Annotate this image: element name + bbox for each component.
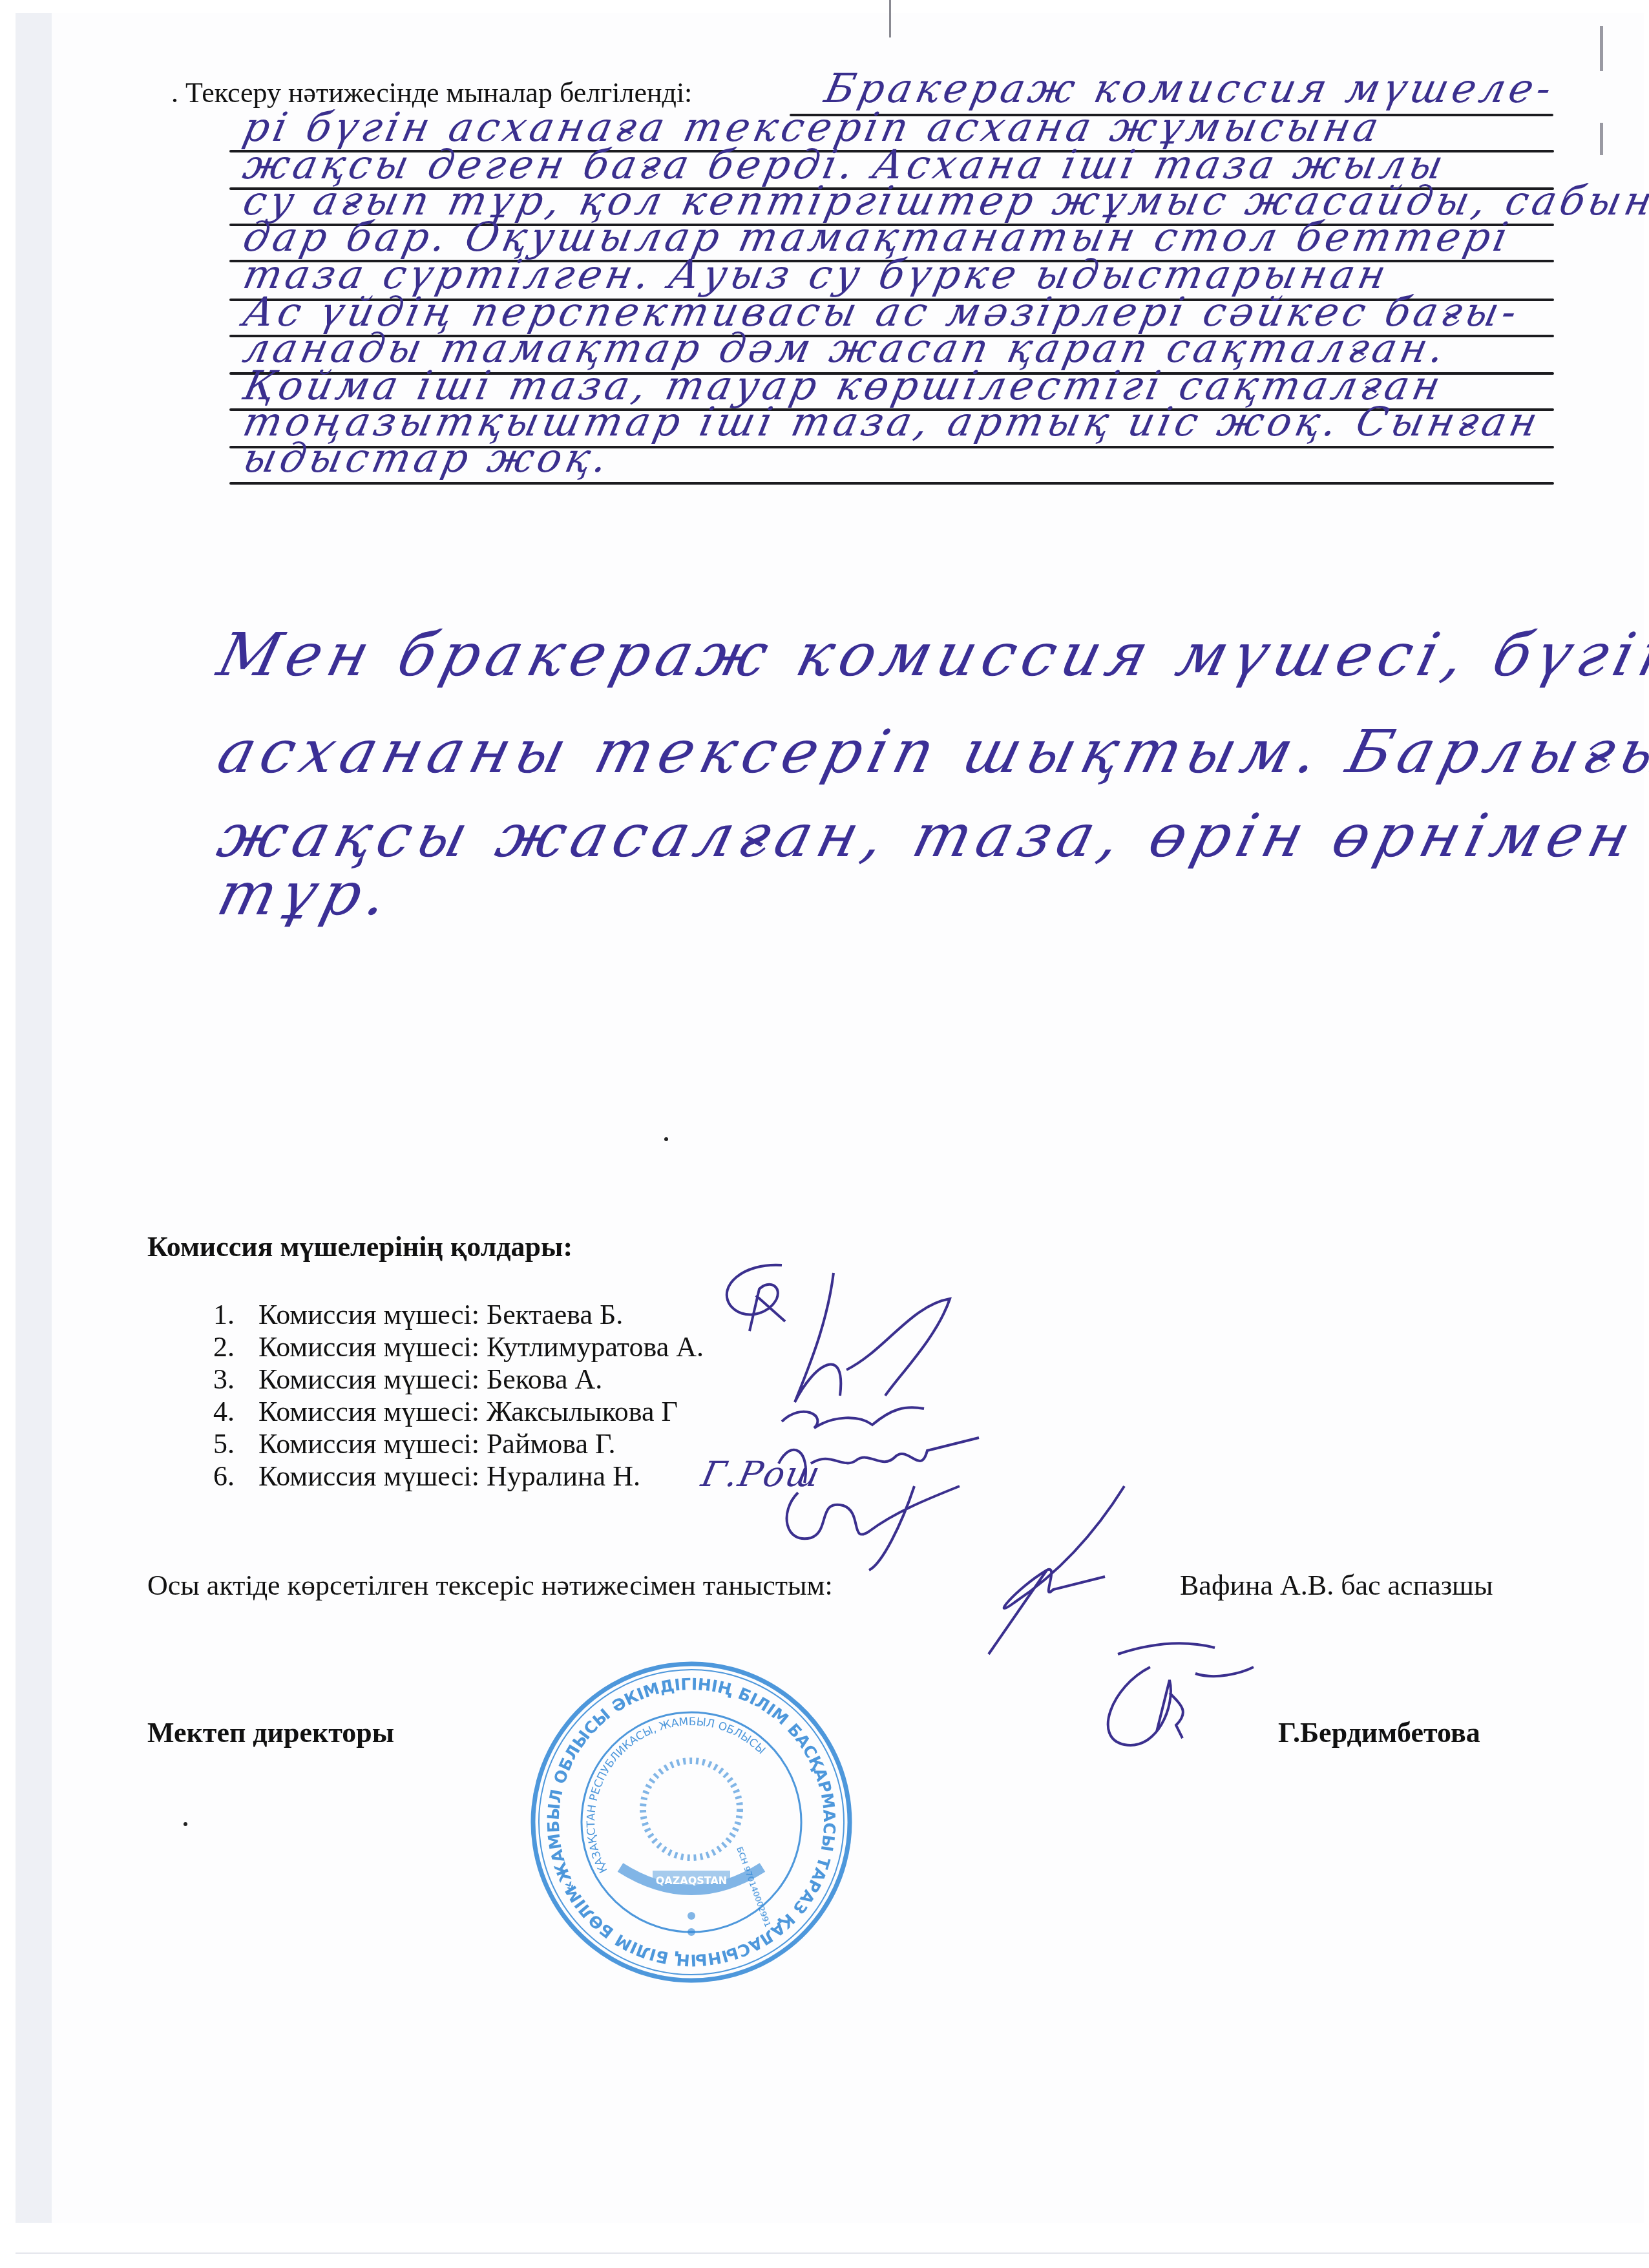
ink-dot	[664, 1137, 668, 1141]
member-label: Комиссия мүшесі: Жаксылыкова Г	[258, 1396, 678, 1428]
page-bottom-edge	[16, 2252, 1649, 2254]
findings-line: ыдыстар жоқ.	[239, 434, 616, 481]
member-label: Комиссия мүшесі: Бекова А.	[258, 1363, 602, 1396]
stamp-emblem-label: QAZAQSTAN	[656, 1874, 728, 1887]
signature-nuralina	[772, 1473, 966, 1580]
member-item: 5.Комиссия мүшесі: Раймова Г.	[213, 1428, 704, 1460]
member-item: 6.Комиссия мүшесі: Нуралина Н.	[213, 1460, 704, 1493]
fold-mark	[889, 0, 891, 37]
member-item: 1.Комиссия мүшесі: Бектаева Б.	[213, 1299, 704, 1331]
svg-text:«ЖАМБЫЛ ОБЛЫСЫ ӘКІМДІГІНІҢ БІЛ: «ЖАМБЫЛ ОБЛЫСЫ ӘКІМДІГІНІҢ БІЛІМ БАСҚАРМ…	[523, 1654, 859, 1990]
director-name: Г.Бердимбетова	[1278, 1719, 1480, 1747]
stamp-bin: БСН 970140002991	[734, 1845, 772, 1928]
member-label: Комиссия мүшесі: Нуралина Н.	[258, 1460, 640, 1493]
stamp-outer-text: «ЖАМБЫЛ ОБЛЫСЫ ӘКІМДІГІНІҢ БІЛІМ БАСҚАРМ…	[523, 1654, 859, 1990]
signature-director	[1086, 1628, 1254, 1761]
director-label: Мектеп директоры	[147, 1719, 394, 1747]
handwritten-note-line: тұр.	[211, 859, 402, 929]
ink-dot	[184, 1822, 187, 1826]
acknowledgement-text: Осы актіде көрсетілген тексеріс нәтижесі…	[147, 1571, 833, 1600]
handwritten-note-line: Мен бракераж комиссия мүшесі, бүгін	[211, 620, 1649, 689]
handwritten-note-line: асхананы тексеріп шықтым. Барлығы	[211, 717, 1649, 786]
signatures-heading: Комиссия мүшелерінің қолдары:	[147, 1233, 572, 1261]
margin-mark	[1600, 26, 1603, 71]
member-item: 3.Комиссия мүшесі: Бекова А.	[213, 1363, 704, 1396]
member-item: 4.Комиссия мүшесі: Жаксылыкова Г	[213, 1396, 704, 1428]
member-label: Комиссия мүшесі: Раймова Г.	[258, 1428, 615, 1460]
ruled-line	[229, 482, 1554, 485]
member-label: Комиссия мүшесі: Бектаева Б.	[258, 1299, 623, 1331]
member-item: 2.Комиссия мүшесі: Кутлимуратова А.	[213, 1331, 704, 1363]
margin-mark	[1600, 123, 1603, 155]
acknowledgement-person: Вафина А.В. бас аспазшы	[1180, 1571, 1493, 1600]
official-stamp: «ЖАМБЫЛ ОБЛЫСЫ ӘКІМДІГІНІҢ БІЛІМ БАСҚАРМ…	[523, 1654, 859, 1990]
handwritten-note-line: жақсы жасалған, таза, өрін өрнімен	[211, 801, 1644, 870]
member-label: Комиссия мүшесі: Кутлимуратова А.	[258, 1331, 704, 1363]
commission-members-list: 1.Комиссия мүшесі: Бектаева Б. 2.Комисси…	[213, 1299, 704, 1493]
